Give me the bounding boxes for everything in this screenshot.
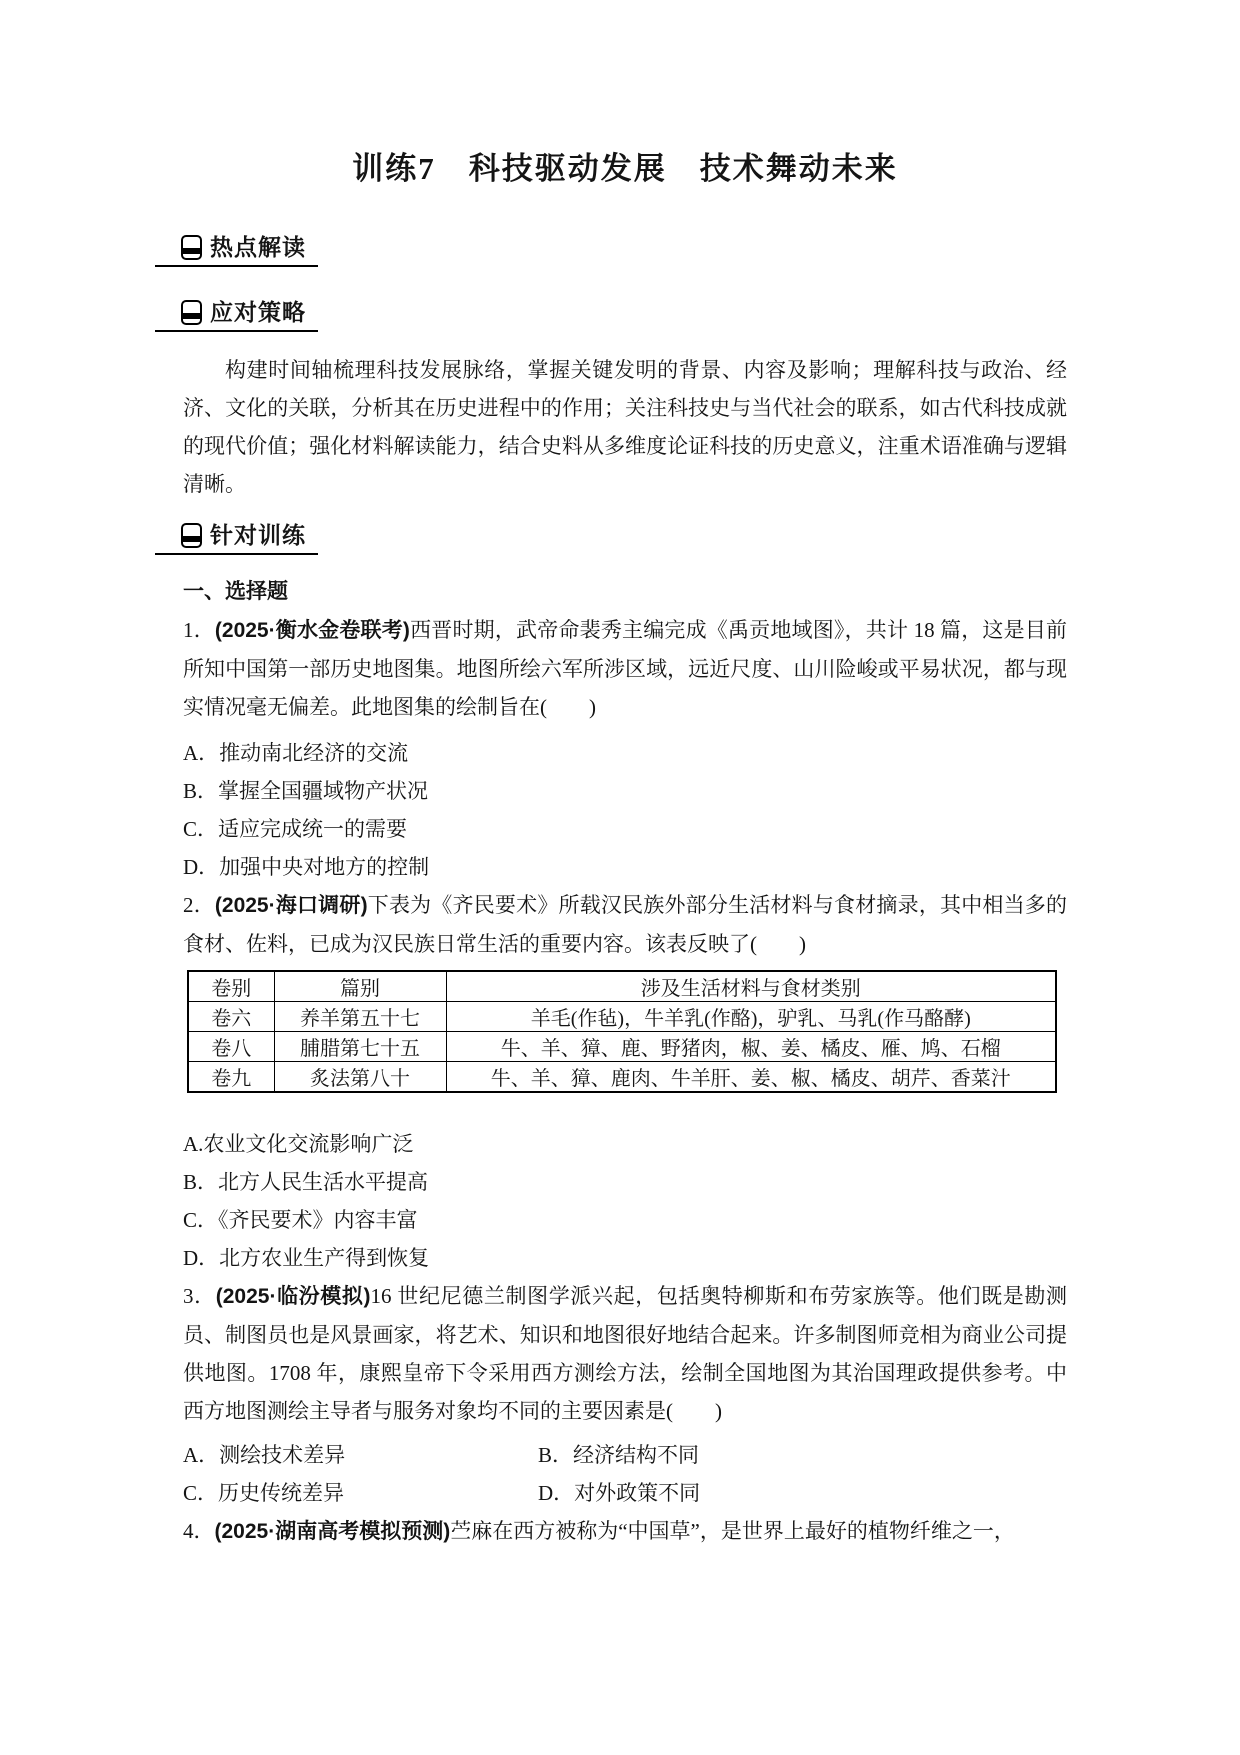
cell-materials: 牛、羊、獐、鹿、野猪肉，椒、姜、橘皮、雁、鸠、石榴 [446, 1032, 1056, 1062]
question-3-options: A．测绘技术差异 B．经济结构不同 C．历史传统差异 D．对外政策不同 [183, 1436, 1067, 1512]
cell-chapter: 养羊第五十七 [274, 1002, 446, 1032]
question-source: (2025·临汾模拟) [216, 1285, 371, 1308]
table-row: 卷九 炙法第八十 牛、羊、獐、鹿肉、牛羊肝、姜、椒、橘皮、胡芹、香菜汁 [188, 1062, 1056, 1093]
book-band-icon [181, 235, 202, 260]
option-a: A.农业文化交流影响广泛 [183, 1125, 1067, 1163]
question-number: 1． [183, 618, 215, 642]
strategy-paragraph: 构建时间轴梳理科技发展脉络，掌握关键发明的背景、内容及影响；理解科技与政治、经济… [183, 351, 1067, 503]
section-label: 针对训练 [210, 522, 306, 548]
option-c: C．历史传统差异 [183, 1474, 538, 1512]
cell-volume: 卷九 [188, 1062, 274, 1093]
question-number: 3． [183, 1284, 216, 1308]
question-1-options: A．推动南北经济的交流 B．掌握全国疆域物产状况 C．适应完成统一的需要 D．加… [183, 734, 1067, 886]
question-text: 苎麻在西方被称为“中国草”，是世界上最好的植物纤维之一， [450, 1519, 1015, 1543]
option-a: A．测绘技术差异 [183, 1436, 538, 1474]
option-c: C．《齐民要术》内容丰富 [183, 1201, 1067, 1239]
section-label: 应对策略 [210, 299, 306, 325]
cell-volume: 卷八 [188, 1032, 274, 1062]
section-header-training: 针对训练 [155, 522, 318, 555]
option-b: B．经济结构不同 [538, 1436, 1067, 1474]
table-row: 卷六 养羊第五十七 羊毛(作毡)，牛羊乳(作酪)，驴乳、马乳(作马酪酵) [188, 1002, 1056, 1032]
option-b: B．北方人民生活水平提高 [183, 1163, 1067, 1201]
cell-materials: 牛、羊、獐、鹿肉、牛羊肝、姜、椒、橘皮、胡芹、香菜汁 [446, 1062, 1056, 1093]
question-2-table: 卷别 篇别 涉及生活材料与食材类别 卷六 养羊第五十七 羊毛(作毡)，牛羊乳(作… [187, 970, 1057, 1093]
option-d: D．北方农业生产得到恢复 [183, 1239, 1067, 1277]
cell-chapter: 脯腊第七十五 [274, 1032, 446, 1062]
cell-volume: 卷六 [188, 1002, 274, 1032]
table-header-row: 卷别 篇别 涉及生活材料与食材类别 [188, 971, 1056, 1002]
question-number: 4． [183, 1519, 215, 1543]
cell-materials: 羊毛(作毡)，牛羊乳(作酪)，驴乳、马乳(作马酪酵) [446, 1002, 1056, 1032]
option-a: A．推动南北经济的交流 [183, 734, 1067, 772]
column-header: 篇别 [274, 971, 446, 1002]
question-2-options: A.农业文化交流影响广泛 B．北方人民生活水平提高 C．《齐民要术》内容丰富 D… [183, 1125, 1067, 1277]
subheading-choice-questions: 一、选择题 [183, 573, 1067, 611]
option-d: D．对外政策不同 [538, 1474, 1067, 1512]
question-3-stem: 3．(2025·临汾模拟)16 世纪尼德兰制图学派兴起，包括奥特柳斯和布劳家族等… [183, 1277, 1067, 1430]
question-source: (2025·衡水金卷联考) [215, 619, 410, 642]
option-d: D．加强中央对地方的控制 [183, 848, 1067, 886]
question-source: (2025·海口调研) [215, 894, 368, 917]
section-label: 热点解读 [210, 234, 306, 260]
book-band-icon [181, 300, 202, 325]
exam-page: 训练7 科技驱动发展 技术舞动未来 热点解读 应对策略 构建时间轴梳理科技发展脉… [0, 0, 1240, 1755]
column-header: 卷别 [188, 971, 274, 1002]
question-2-stem: 2．(2025·海口调研)下表为《齐民要术》所载汉民族外部分生活材料与食材摘录，… [183, 886, 1067, 963]
section-header-hotspot: 热点解读 [155, 234, 318, 267]
page-title: 训练7 科技驱动发展 技术舞动未来 [183, 152, 1067, 186]
column-header: 涉及生活材料与食材类别 [446, 971, 1056, 1002]
book-band-icon [181, 523, 202, 548]
option-c: C．适应完成统一的需要 [183, 810, 1067, 848]
cell-chapter: 炙法第八十 [274, 1062, 446, 1093]
question-1-stem: 1．(2025·衡水金卷联考)西晋时期，武帝命裴秀主编完成《禹贡地域图》，共计 … [183, 611, 1067, 726]
question-source: (2025·湖南高考模拟预测) [215, 1520, 451, 1543]
section-header-strategy: 应对策略 [155, 299, 318, 332]
question-4-stem: 4．(2025·湖南高考模拟预测)苎麻在西方被称为“中国草”，是世界上最好的植物… [183, 1512, 1067, 1551]
question-number: 2． [183, 893, 215, 917]
option-b: B．掌握全国疆域物产状况 [183, 772, 1067, 810]
table-row: 卷八 脯腊第七十五 牛、羊、獐、鹿、野猪肉，椒、姜、橘皮、雁、鸠、石榴 [188, 1032, 1056, 1062]
